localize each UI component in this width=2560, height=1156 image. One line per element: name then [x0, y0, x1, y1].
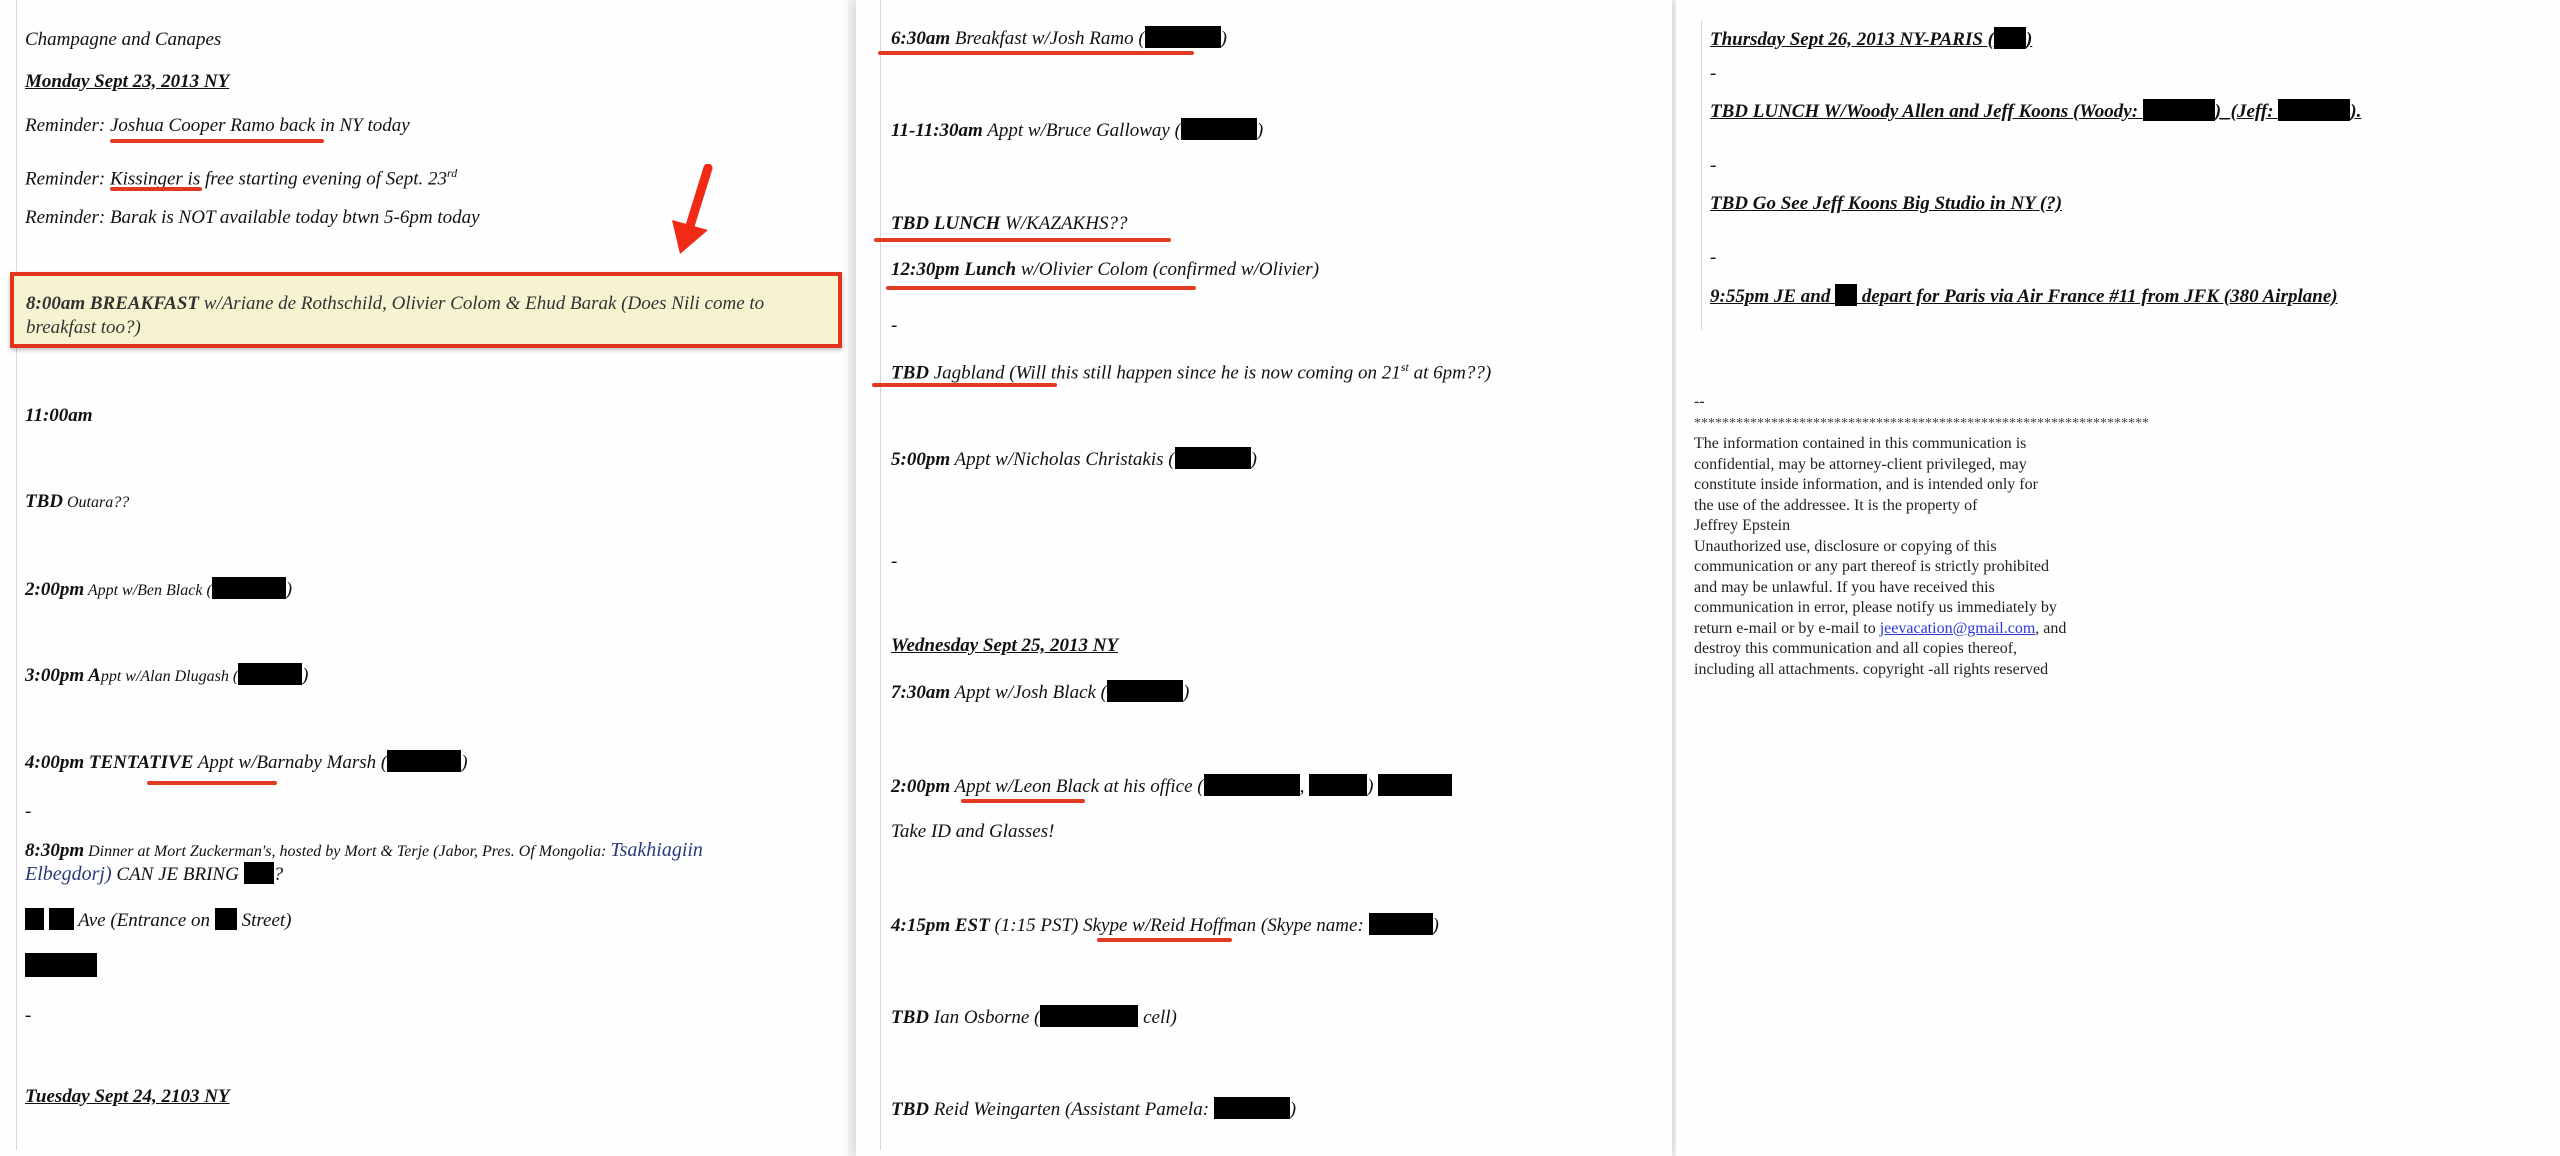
asterisk-divider: ****************************************…	[1694, 416, 2149, 431]
red-underline-annotation	[872, 383, 1057, 387]
entry-tbd-jeff-koons-studio: TBD Go See Jeff Koons Big Studio in NY (…	[1710, 192, 2062, 216]
email-link[interactable]: jeevacation@gmail.com	[1880, 620, 2036, 637]
entry-730am: 7:30am Appt w/Josh Black ()	[891, 680, 1189, 705]
reminder-2: Reminder: Kissinger is free starting eve…	[25, 161, 457, 191]
separator-dash: -	[1710, 62, 1716, 86]
redaction-block	[25, 908, 44, 930]
entry-tbd-jagbland: TBD Jagbland (Will this still happen sin…	[891, 355, 1491, 385]
entry-tbd-lunch-woody-allen: TBD LUNCH W/Woody Allen and Jeff Koons (…	[1710, 99, 2361, 124]
red-underline-annotation	[110, 139, 324, 143]
redaction-block	[1175, 447, 1251, 469]
entry-tbd-lunch-kazakhs: TBD LUNCH W/KAZAKHS??	[891, 212, 1127, 236]
redaction-block	[215, 908, 237, 930]
redaction-block	[1107, 680, 1183, 702]
entry-415pm-skype: 4:15pm EST (1:15 PST) Skype w/Reid Hoffm…	[891, 913, 1439, 938]
redaction-block	[1994, 27, 2026, 49]
disclaimer-text: The information contained in this commun…	[1694, 435, 2057, 637]
entry-tbd-outara: TBD Outara??	[25, 490, 129, 515]
red-underline-annotation	[110, 187, 202, 191]
entry-955pm-depart-paris: 9:55pm JE and depart for Paris via Air F…	[1710, 284, 2338, 309]
separator-dash: -	[25, 1004, 31, 1028]
separator-dash: -	[1710, 246, 1716, 270]
day-heading-tuesday: Tuesday Sept 24, 2103 NY	[25, 1085, 230, 1109]
reminder-3: Reminder: Barak is NOT available today b…	[25, 206, 480, 230]
redaction-block	[387, 750, 461, 772]
entry-tbd-reid-weingarten: TBD Reid Weingarten (Assistant Pamela: )	[891, 1097, 1296, 1122]
separator-dash: -	[891, 550, 897, 574]
redaction-block	[1204, 774, 1300, 796]
entry-1230pm-lunch: 12:30pm Lunch w/Olivier Colom (confirmed…	[891, 258, 1319, 282]
redaction-block	[1214, 1097, 1290, 1119]
entry-tbd-ian-osborne: TBD Ian Osborne ( cell)	[891, 1005, 1177, 1030]
separator-dash: -	[891, 314, 897, 338]
redaction-block	[2278, 99, 2350, 121]
redaction-block	[1378, 774, 1452, 796]
document-page-2: 6:30am Breakfast w/Josh Ramo () 11-11:30…	[856, 0, 1672, 1156]
intro-line: Champagne and Canapes	[25, 28, 221, 52]
document-page-3: Thursday Sept 26, 2013 NY-PARIS () - TBD…	[1676, 0, 2560, 1156]
redaction-block	[238, 663, 302, 685]
margin-line	[880, 0, 881, 1150]
redaction-block	[1835, 284, 1857, 306]
redaction-block	[244, 862, 274, 884]
red-underline-annotation	[147, 781, 277, 785]
entry-830pm-dinner: 8:30pm Dinner at Mort Zuckerman's, hoste…	[25, 838, 703, 864]
red-underline-annotation	[961, 799, 1085, 803]
red-underline-annotation	[878, 51, 1194, 55]
signature-dash: --	[1694, 393, 1705, 410]
entry-5pm: 5:00pm Appt w/Nicholas Christakis ()	[891, 447, 1257, 472]
entry-3pm: 3:00pm Appt w/Alan Dlugash ()	[25, 663, 309, 689]
entry-2pm: 2:00pm Appt w/Ben Black ()	[25, 577, 292, 603]
red-underline-annotation	[886, 286, 1196, 290]
redaction-block	[49, 908, 74, 930]
email-footer: -- *************************************…	[1694, 392, 2149, 680]
highlighted-breakfast-box: 8:00am BREAKFAST w/Ariane de Rothschild,…	[10, 272, 842, 348]
entry-630am: 6:30am Breakfast w/Josh Ramo ()	[891, 26, 1227, 51]
document-page-1: Champagne and Canapes Monday Sept 23, 20…	[0, 0, 848, 1156]
red-arrow-down-icon	[668, 164, 716, 254]
entry-address: Ave (Entrance on Street)	[25, 908, 292, 933]
entry-4pm-tentative: 4:00pm TENTATIVE Appt w/Barnaby Marsh ()	[25, 750, 468, 775]
day-heading-thursday: Thursday Sept 26, 2013 NY-PARIS ()	[1710, 27, 2032, 52]
redaction-block	[1309, 774, 1367, 796]
redaction-block	[212, 577, 286, 599]
entry-830pm-dinner-cont: Elbegdorj) CAN JE BRING ?	[25, 862, 283, 887]
separator-dash: -	[1710, 154, 1716, 178]
redaction-block	[25, 953, 97, 977]
red-underline-annotation	[1097, 938, 1232, 942]
entry-11am: 11:00am	[25, 404, 93, 428]
day-heading-monday: Monday Sept 23, 2013 NY	[25, 70, 229, 94]
entry-11am: 11-11:30am Appt w/Bruce Galloway ()	[891, 118, 1263, 143]
red-underline-annotation	[874, 238, 1171, 242]
entry-take-id: Take ID and Glasses!	[891, 820, 1054, 844]
redaction-block	[1369, 913, 1433, 935]
highlighted-breakfast-text: 8:00am BREAKFAST w/Ariane de Rothschild,…	[26, 292, 836, 340]
reminder-1: Reminder: Joshua Cooper Ramo back in NY …	[25, 114, 410, 138]
entry-2pm-leon-black: 2:00pm Appt w/Leon Black at his office (…	[891, 774, 1452, 799]
margin-line	[1701, 20, 1702, 330]
redaction-block	[2143, 99, 2215, 121]
redaction-block	[1181, 118, 1257, 140]
separator-dash: -	[25, 800, 31, 824]
redaction-block	[1040, 1005, 1138, 1027]
redaction-block	[1145, 26, 1221, 48]
day-heading-wednesday: Wednesday Sept 25, 2013 NY	[891, 634, 1118, 658]
margin-line	[16, 0, 17, 1150]
